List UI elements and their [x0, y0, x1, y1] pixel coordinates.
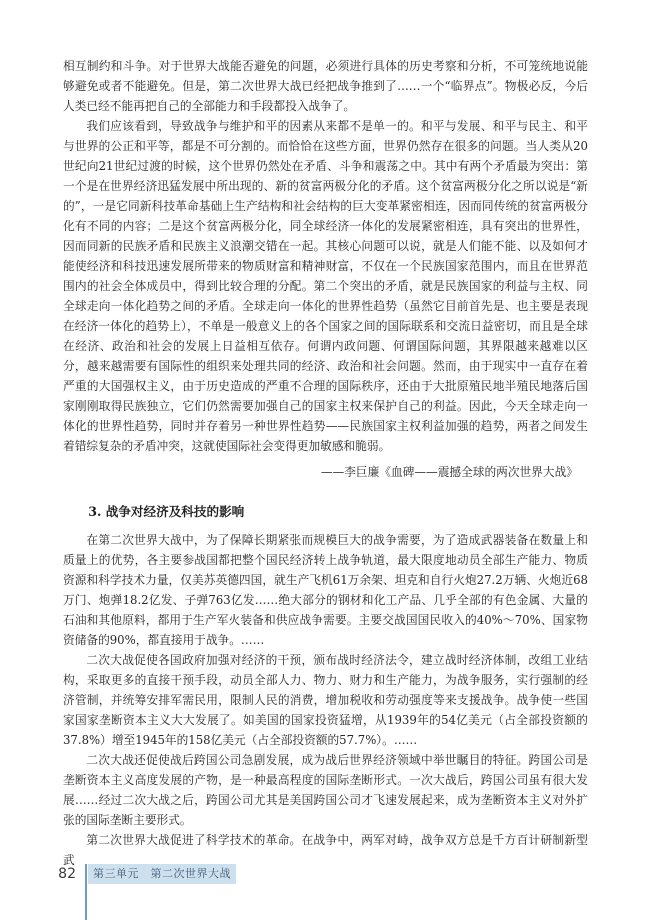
body-paragraph: 二次大战促使各国政府加强对经济的干预，颁布战时经济法令，建立战时经济体制，改组工… [63, 650, 588, 750]
footer-divider-rule [85, 864, 87, 920]
unit-label: 第三单元 第二次世界大战 [88, 864, 236, 884]
section-body: 在第二次世界大战中，为了保障长期紧张而规模巨大的战争需要，为了造成武器装备在数量… [63, 530, 588, 870]
section-heading: 3. 战争对经济及科技的影响 [63, 502, 588, 522]
quote-paragraph: 我们应该看到，导致战争与维护和平的因素从来都不是单一的。和平与发展、和平与民主、… [63, 116, 588, 456]
page-number: 82 [38, 866, 76, 882]
quote-attribution: ——李巨廉《血碑——震撼全球的两次世界大战》 [63, 462, 588, 482]
page-content: 相互制约和斗争。对于世界大战能否避免的问题，必须进行具体的历史考察和分析，不可笼… [63, 56, 588, 870]
quoted-passage: 相互制约和斗争。对于世界大战能否避免的问题，必须进行具体的历史考察和分析，不可笼… [63, 56, 588, 482]
quote-paragraph: 相互制约和斗争。对于世界大战能否避免的问题，必须进行具体的历史考察和分析，不可笼… [63, 56, 588, 116]
body-paragraph: 二次大战还促使战后跨国公司急剧发展，成为战后世界经济领域中举世瞩目的特征。跨国公… [63, 750, 588, 830]
textbook-page: 相互制约和斗争。对于世界大战能否避免的问题，必须进行具体的历史考察和分析，不可笼… [0, 0, 650, 920]
body-paragraph: 在第二次世界大战中，为了保障长期紧张而规模巨大的战争需要，为了造成武器装备在数量… [63, 530, 588, 650]
